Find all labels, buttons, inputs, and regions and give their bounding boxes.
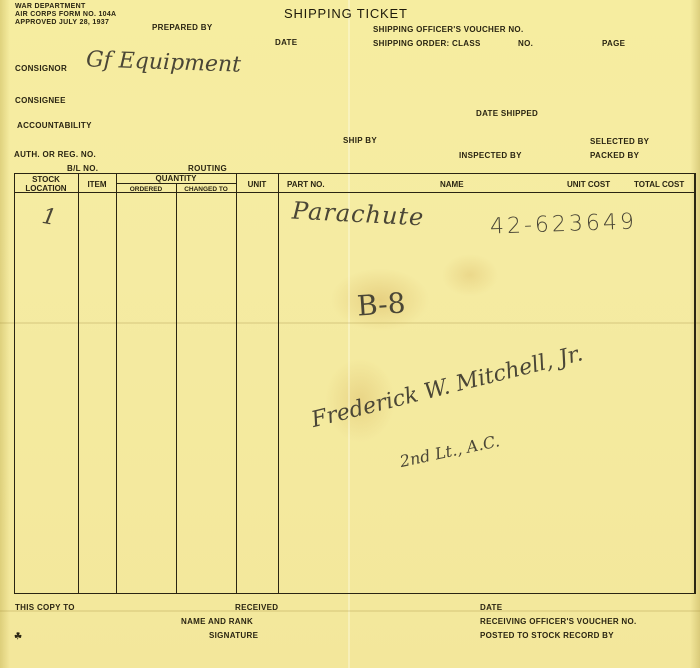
received-label: RECEIVED: [235, 603, 278, 612]
header-stock-text: STOCK: [14, 175, 78, 184]
row-part-number: 42-623649: [490, 209, 638, 239]
header-unit: UNIT: [236, 180, 278, 189]
header-changed-to: CHANGED TO: [176, 185, 236, 194]
shipping-ticket-document: WAR DEPARTMENT AIR CORPS FORM NO. 104A A…: [0, 0, 700, 668]
header-location-text: LOCATION: [14, 184, 78, 193]
name-and-rank-label: NAME AND RANK: [181, 617, 253, 626]
fold-crease: [0, 610, 700, 612]
selected-by-label: SELECTED BY: [590, 137, 649, 146]
approved-date-label: APPROVED JULY 28, 1937: [15, 19, 109, 27]
posted-to-stock-record-label: POSTED TO STOCK RECORD BY: [480, 631, 614, 640]
header-quantity: QUANTITY: [116, 174, 236, 183]
footer-date-label: DATE: [480, 603, 502, 612]
column-divider: [116, 173, 117, 594]
header-item: ITEM: [78, 180, 116, 189]
header-total-cost: TOTAL COST: [634, 180, 684, 189]
column-divider: [78, 173, 79, 594]
consignor-label: CONSIGNOR: [15, 64, 67, 73]
inspected-by-label: INSPECTED BY: [459, 151, 522, 160]
prepared-by-label: PREPARED BY: [152, 23, 213, 32]
signature-label: SIGNATURE: [209, 631, 258, 640]
date-label: DATE: [275, 38, 297, 47]
auth-reg-no-label: AUTH. OR REG. NO.: [14, 150, 96, 159]
this-copy-to-label: THIS COPY TO: [15, 603, 75, 612]
table-right-border: [694, 173, 696, 594]
shipping-order-class-label: SHIPPING ORDER: CLASS: [373, 39, 481, 48]
document-title: SHIPPING TICKET: [284, 6, 408, 21]
header-stock-location: STOCK LOCATION: [14, 175, 78, 193]
header-unit-cost: UNIT COST: [567, 180, 610, 189]
printer-mark-icon: ☘: [14, 631, 22, 642]
column-divider: [278, 173, 279, 594]
page-label: PAGE: [602, 39, 625, 48]
routing-label: ROUTING: [188, 164, 227, 173]
header-ordered: ORDERED: [116, 185, 176, 194]
header-name: NAME: [440, 180, 464, 189]
department-label: WAR DEPARTMENT: [15, 3, 86, 11]
packed-by-label: PACKED BY: [590, 151, 639, 160]
order-no-label: NO.: [518, 39, 533, 48]
consignee-label: CONSIGNEE: [15, 96, 66, 105]
consignor-handwritten-value: Gf Equipment: [86, 47, 242, 77]
receiving-officers-voucher-label: RECEIVING OFFICER'S VOUCHER NO.: [480, 617, 637, 626]
header-part-no: PART NO.: [287, 180, 325, 189]
ship-by-label: SHIP BY: [343, 136, 377, 145]
bl-no-label: B/L NO.: [67, 164, 98, 173]
accountability-label: ACCOUNTABILITY: [17, 121, 92, 130]
form-number-label: AIR CORPS FORM NO. 104A: [15, 11, 116, 19]
row-annotation: B-8: [356, 286, 407, 322]
date-shipped-label: DATE SHIPPED: [476, 109, 538, 118]
column-divider: [236, 173, 237, 594]
column-divider: [176, 183, 177, 594]
shipping-officers-voucher-label: SHIPPING OFFICER'S VOUCHER NO.: [373, 25, 523, 34]
